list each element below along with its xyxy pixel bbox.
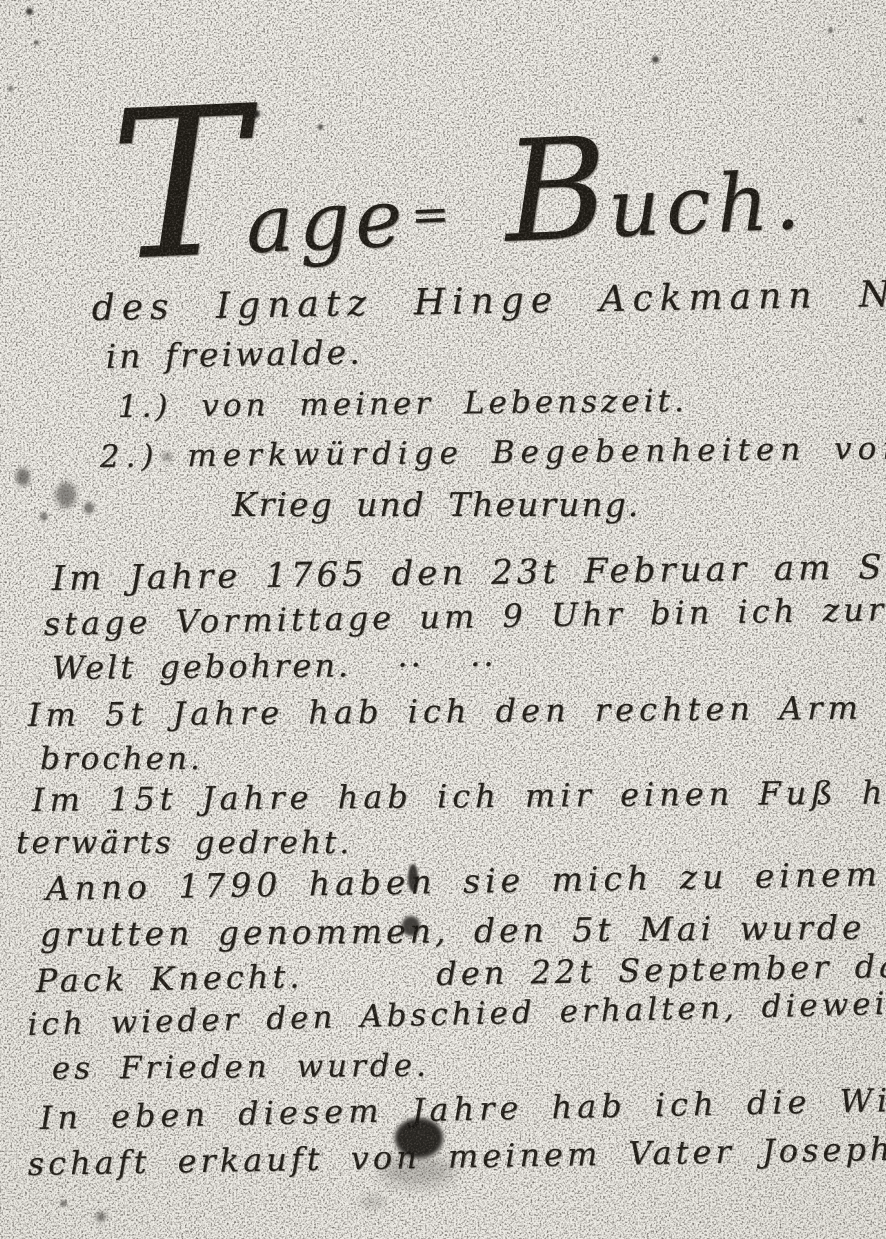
ink-smudge <box>858 118 863 123</box>
line-entry-15th-year-b: terwärts gedreht. <box>16 826 352 862</box>
line-entry-1790-e: es Frieden wurde. <box>52 1049 430 1088</box>
line-entry-purchase-b: schaft erkauft von meinem Vater Joseph <box>27 1131 886 1183</box>
title-initial-T: T <box>106 63 249 307</box>
ink-smudge <box>56 482 76 508</box>
ink-smudge <box>60 1200 67 1207</box>
title-calligraphy: Tage=Buch. <box>107 56 808 291</box>
line-entry-1790-b: grutten genommen, den 5t Mai wurde ich <box>40 908 886 954</box>
line-entry-5th-year-a: Im 5t Jahre hab ich den rechten Arm ge= <box>28 689 886 734</box>
line-list-item-2-cont: Krieg und Theurung. <box>232 486 640 524</box>
ink-smudge <box>8 86 13 91</box>
title-separator: = <box>410 186 451 242</box>
line-entry-purchase-a: In eben diesem Jahre hab ich die Wirth= <box>39 1080 886 1137</box>
ink-smudge <box>34 40 39 45</box>
line-entry-1765-c: Welt gebohren. ·· ·· <box>52 646 497 687</box>
title-text-uch: uch. <box>606 154 807 256</box>
manuscript-page: Tage=Buch. des Ignatz Hinge Ackmann N° i… <box>0 0 886 1239</box>
ink-smudge <box>828 28 833 33</box>
line-place: in freiwalde. <box>105 334 363 376</box>
title-text-age: age <box>244 171 409 271</box>
ink-smudge <box>360 1196 386 1208</box>
ink-smudge <box>84 502 94 514</box>
ink-smudge <box>40 512 48 521</box>
ink-smudge <box>96 1212 106 1222</box>
ink-smudge <box>16 468 30 486</box>
line-entry-1765-b: stage Vormittage um 9 Uhr bin ich zur <box>43 591 886 643</box>
ink-smudge <box>26 8 33 15</box>
line-list-item-2: 2.) merkwürdige Begebenheiten von <box>100 432 886 476</box>
title-initial-B: B <box>501 108 611 275</box>
line-list-item-1: 1.) von meiner Lebenszeit. <box>118 384 688 426</box>
line-entry-5th-year-b: brochen. <box>40 742 203 778</box>
line-entry-15th-year-a: Im 15t Jahre hab ich mir einen Fuß hin= <box>32 774 886 819</box>
line-entry-1765-a: Im Jahre 1765 den 23t Februar am Samb= <box>51 547 886 599</box>
